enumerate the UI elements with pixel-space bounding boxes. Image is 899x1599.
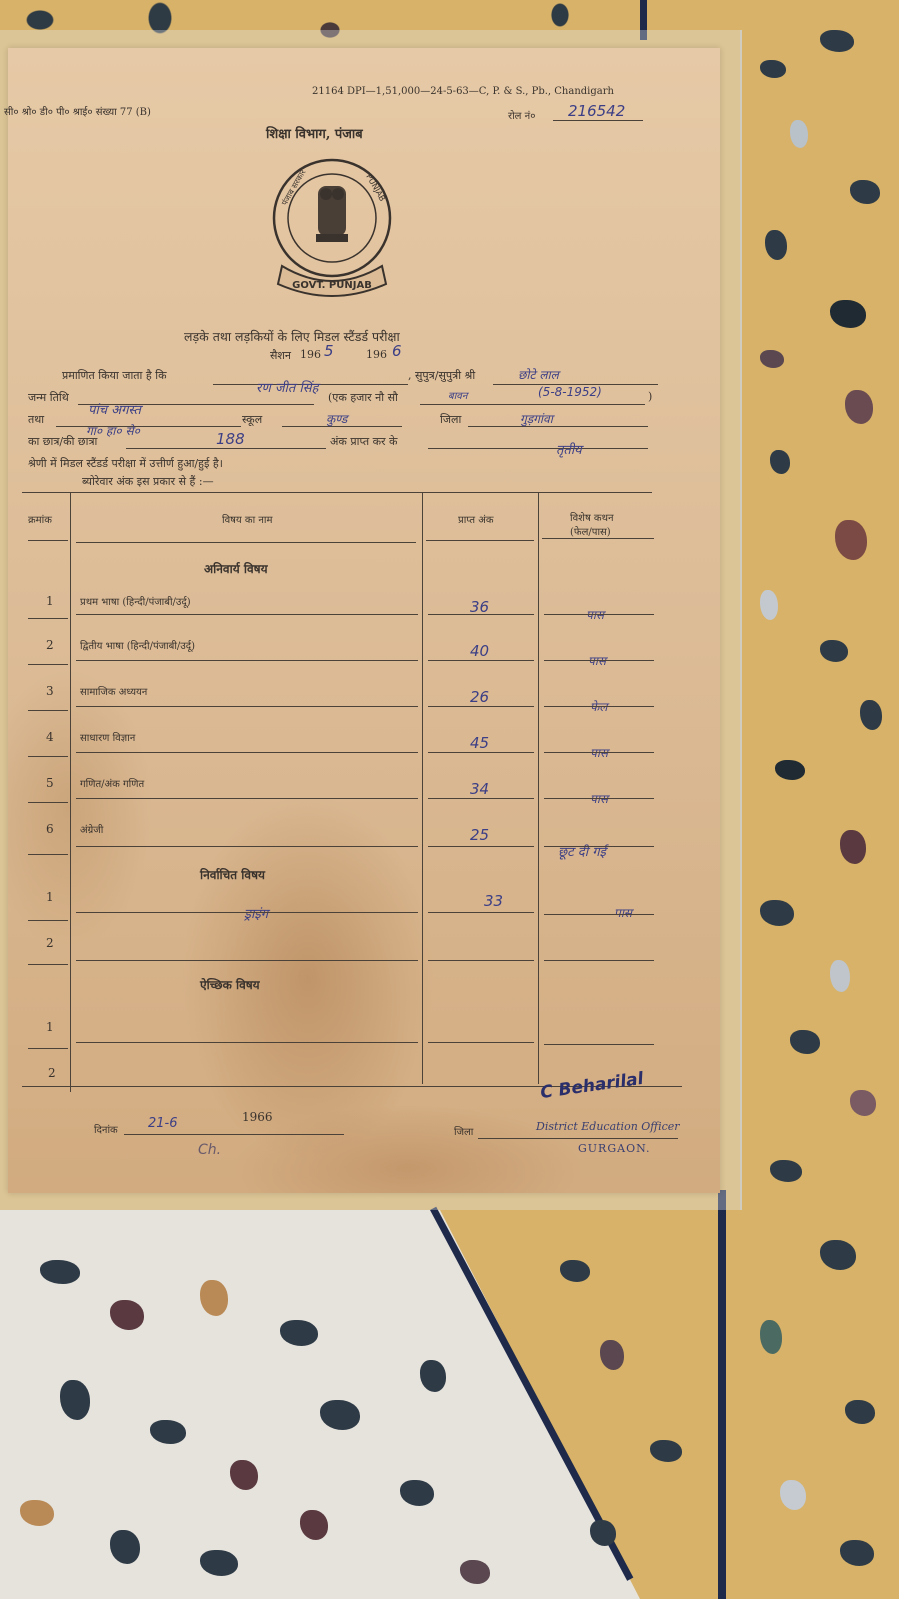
roll-number: 216542 <box>568 102 625 120</box>
passed-line: श्रेणी में मिडल स्टैंडर्ड परीक्षा में उत… <box>28 456 223 471</box>
remark-value: छूट दी गई <box>558 842 606 860</box>
district-footer-label: जिला <box>454 1124 473 1138</box>
subject-name: प्रथम भाषा (हिन्दी/पंजाबी/उर्दू) <box>80 594 191 608</box>
date-value: 21-6 <box>148 1116 178 1131</box>
marks-value: 26 <box>470 688 489 706</box>
marks-label: अंक प्राप्त कर के <box>330 434 398 449</box>
officer-place: GURGAON. <box>578 1142 651 1155</box>
division: तृतीय <box>556 440 582 458</box>
govt-punjab-emblem: GOVT. PUNJAB पंजाब सरकार PUNJAB <box>266 156 398 306</box>
header-remarks-sub: (फेल/पास) <box>570 524 611 538</box>
session-start-prefix: 196 <box>300 348 321 361</box>
marks-value: 45 <box>470 734 489 752</box>
exam-title: लड़के तथा लड़कियों के लिए मिडल स्टैंडर्ड… <box>184 328 400 345</box>
session-label: सैशन <box>270 348 291 363</box>
father-name: छोटे लाल <box>518 366 559 383</box>
details-line: ब्योरेवार अंक इस प्रकार से हैं :— <box>82 474 214 489</box>
header-marks: प्राप्त अंक <box>458 512 494 526</box>
svg-text:GOVT. PUNJAB: GOVT. PUNJAB <box>292 280 372 291</box>
svg-text:PUNJAB: PUNJAB <box>364 173 387 203</box>
total-marks: 188 <box>216 430 245 448</box>
school-label: स्कूल <box>242 412 262 427</box>
header-serial: क्रमांक <box>28 512 52 526</box>
roll-label: रोल नं० <box>508 108 535 122</box>
school-place: कुण्ड <box>326 410 347 427</box>
dob-close: ) <box>648 390 652 403</box>
marksheet-paper: 21164 DPI—1,51,000—24-5-63—C, P. & S., P… <box>8 48 720 1193</box>
optional-heading: ऐच्छिक विषय <box>200 976 260 993</box>
session-start-digit: 5 <box>324 342 334 360</box>
marks-value: 40 <box>470 642 489 660</box>
marks-value: 34 <box>470 780 489 798</box>
printer-line: 21164 DPI—1,51,000—24-5-63—C, P. & S., P… <box>312 86 614 97</box>
officer-title: District Education Officer <box>536 1120 680 1133</box>
tatha-label: तथा <box>28 412 44 427</box>
floor-inlay-strip-vertical <box>718 1190 726 1599</box>
department-title: शिक्षा विभाग, पंजाब <box>266 124 363 142</box>
subject-name: ड्राइंग <box>244 904 268 922</box>
marks-value: 33 <box>484 892 503 910</box>
subject-name: सामाजिक अध्ययन <box>80 684 147 698</box>
subject-name: द्वितीय भाषा (हिन्दी/पंजाबी/उर्दू) <box>80 638 195 652</box>
subject-name: अंग्रेजी <box>80 822 103 836</box>
officer-signature: C Beharilal <box>539 1069 645 1103</box>
header-remarks: विशेष कथन <box>570 510 614 524</box>
certified-label: प्रमाणित किया जाता है कि <box>62 368 167 383</box>
emblem-icon: GOVT. PUNJAB पंजाब सरकार PUNJAB <box>266 156 398 306</box>
session-end-prefix: 196 <box>366 348 387 361</box>
session-end-digit: 6 <box>392 342 402 360</box>
initials: Ch. <box>198 1142 221 1158</box>
dob-label: जन्म तिथि <box>28 390 69 405</box>
dob-year-label: (एक हजार नौ सौ <box>328 390 398 405</box>
header-subject: विषय का नाम <box>222 512 272 526</box>
subject-name: गणित/अंक गणित <box>80 776 144 790</box>
district: गुड़गांवा <box>520 410 553 427</box>
student-name: रण जीत सिंह <box>256 378 318 396</box>
form-code: सी० श्रो० डी० पी० श्राई० संख्या 77 (B) <box>4 104 151 118</box>
subject-name: साधारण विज्ञान <box>80 730 135 744</box>
date-label: दिनांक <box>94 1122 118 1136</box>
elective-heading: निर्वाचित विषय <box>200 866 265 883</box>
compulsory-heading: अनिवार्य विषय <box>204 560 268 577</box>
dob-numeric: (5-8-1952) <box>538 385 602 399</box>
relation-label: , सुपुत्र/सुपुत्री श्री <box>408 368 475 383</box>
marks-value: 25 <box>470 826 489 844</box>
dob-words: पांच अगस्त <box>88 400 141 418</box>
date-year: 1966 <box>242 1110 273 1124</box>
student-label: का छात्र/की छात्रा <box>28 434 97 449</box>
dob-year-words: बावन <box>448 388 467 402</box>
remark-value: पास <box>614 904 632 921</box>
district-label: जिला <box>440 412 461 427</box>
